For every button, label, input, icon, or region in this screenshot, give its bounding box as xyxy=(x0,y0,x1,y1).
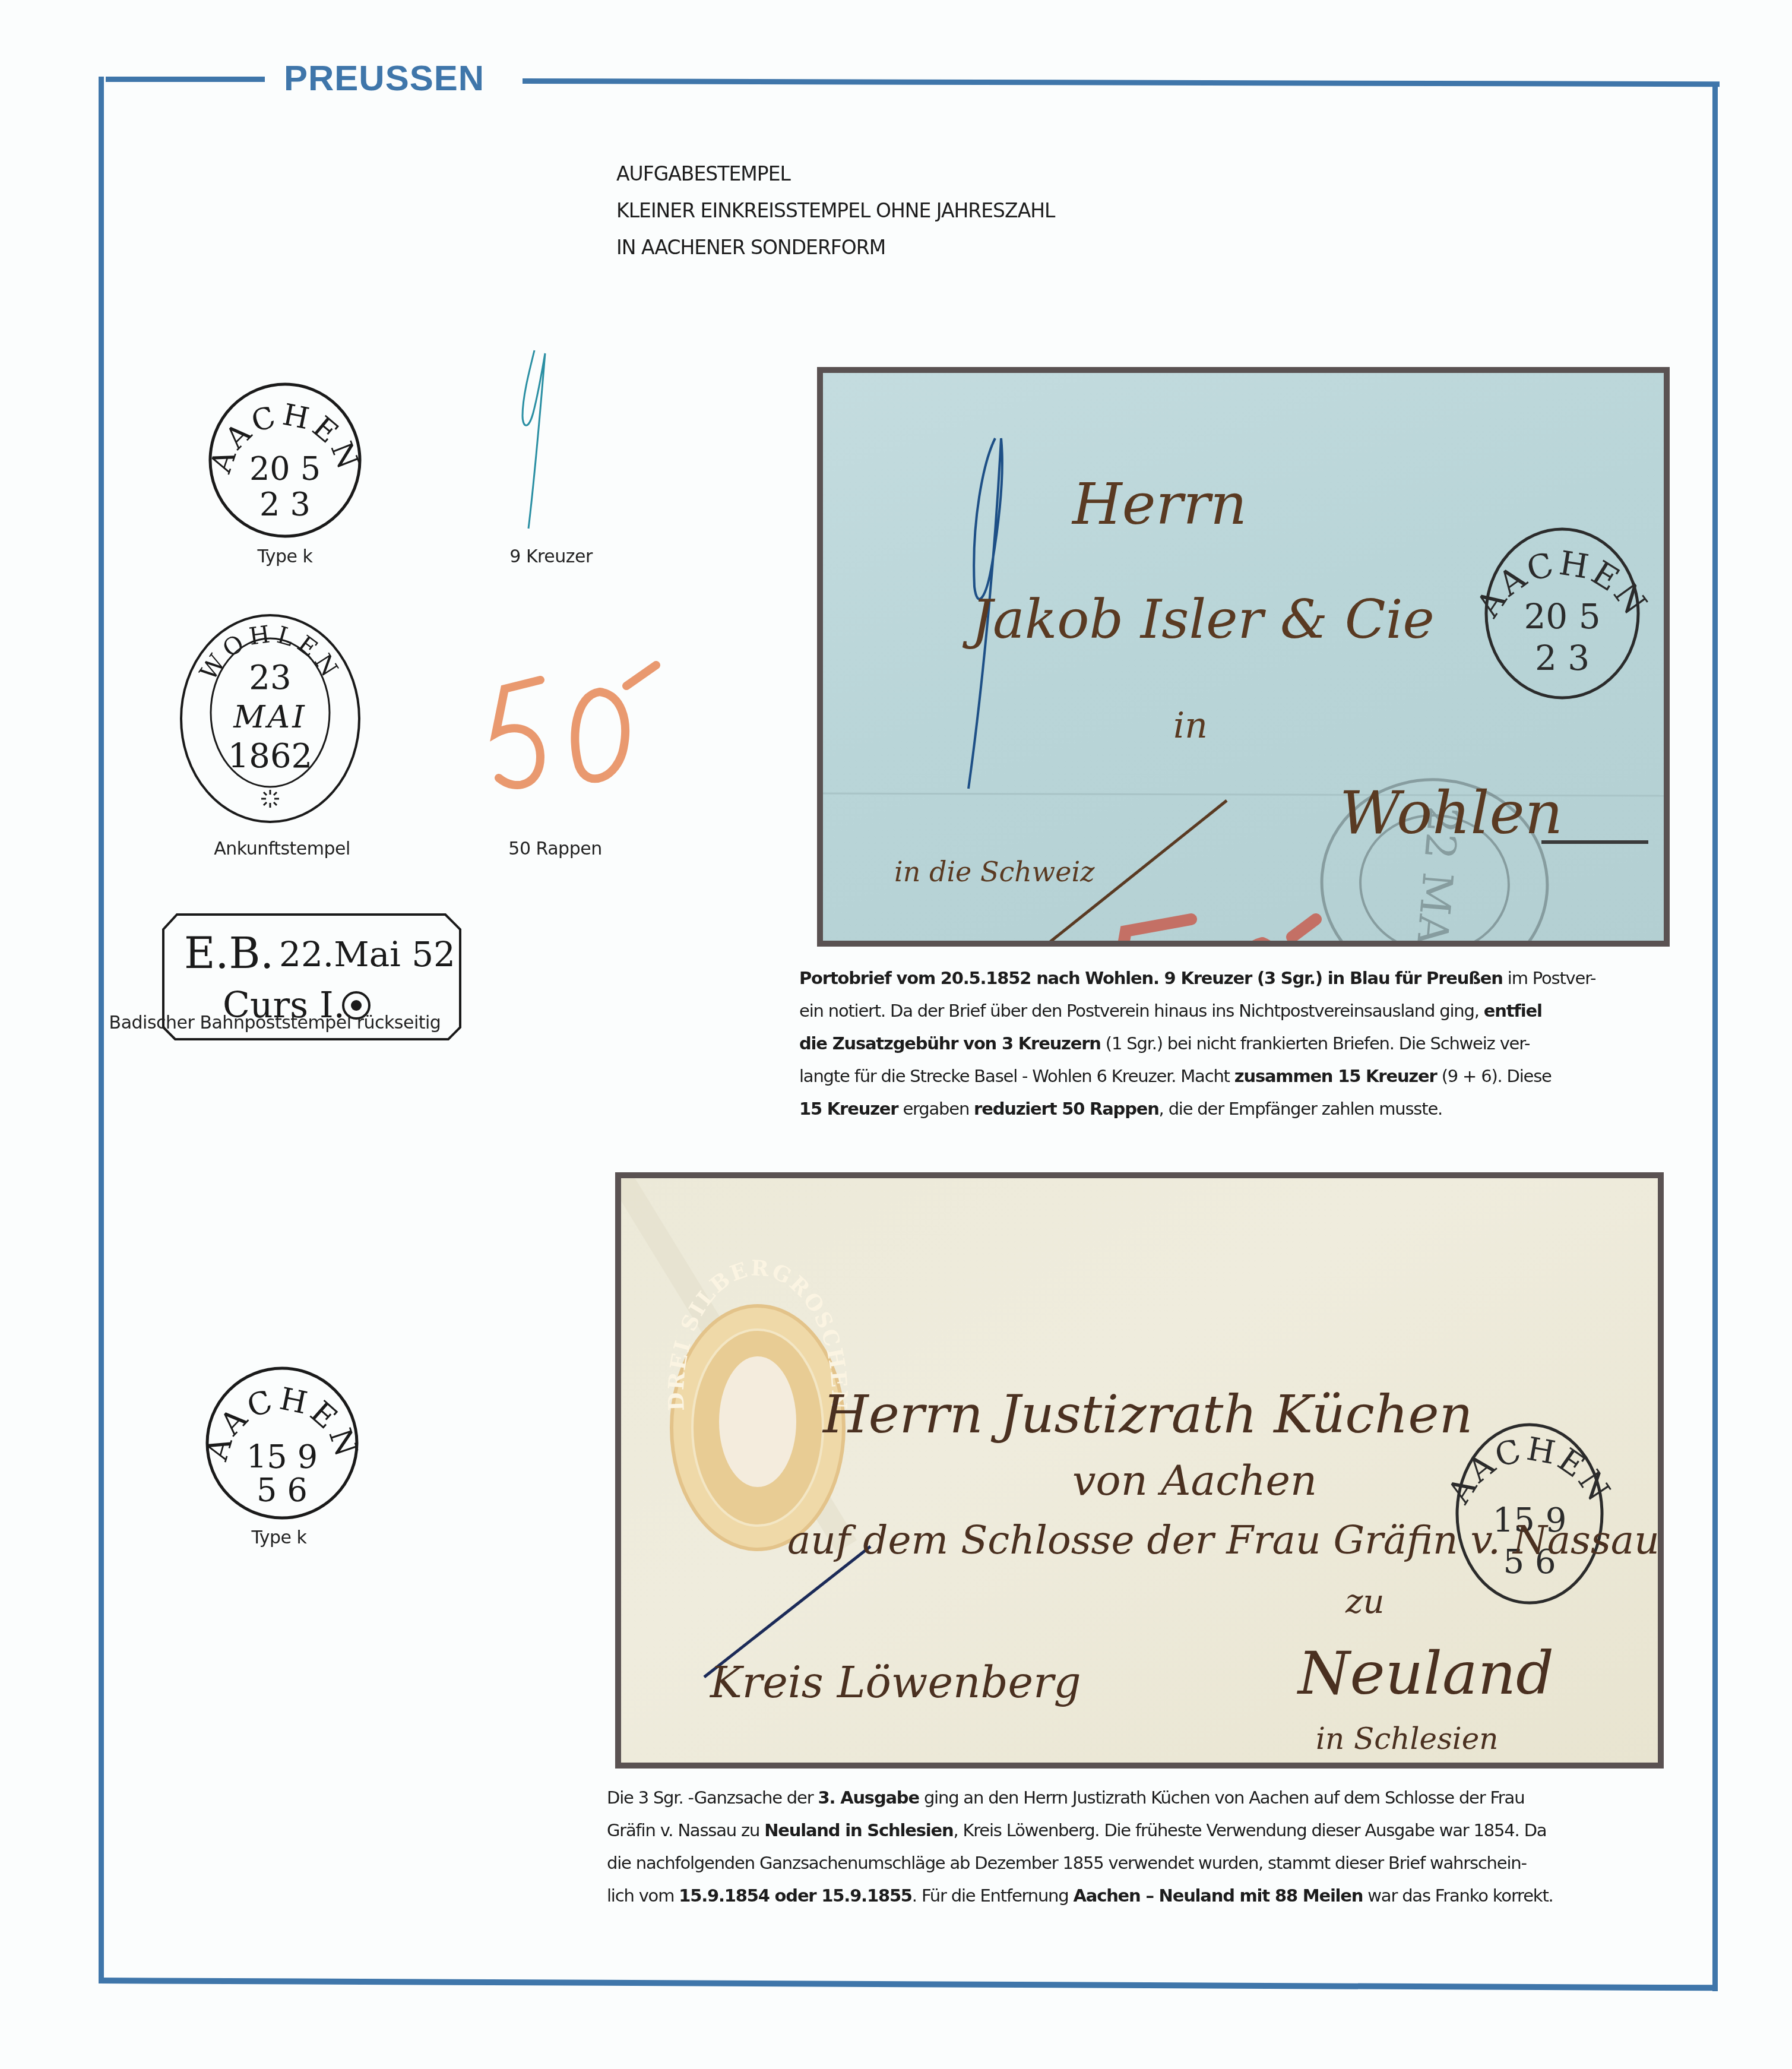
cover1-caption: Portobrief vom 20.5.1852 nach Wohlen. 9 … xyxy=(799,962,1660,1125)
caption-line: die nachfolgenden Ganzsachenumschläge ab… xyxy=(607,1847,1676,1880)
kreuzer-label: 9 Kreuzer xyxy=(509,546,592,567)
bahnpost-label: Badischer Bahnpoststempel rückseitig xyxy=(109,1013,441,1033)
svg-text:in Schlesien: in Schlesien xyxy=(1316,1722,1499,1756)
svg-text:zu: zu xyxy=(1345,1583,1385,1621)
caption-line: Die 3 Sgr. -Ganzsache der 3. Ausgabe gin… xyxy=(607,1782,1676,1814)
aachen-type-label-2: Type k xyxy=(252,1527,307,1548)
svg-text:20 5: 20 5 xyxy=(1524,596,1600,637)
caption-line: Gräfin v. Nassau zu Neuland in Schlesien… xyxy=(607,1814,1676,1847)
frame-right xyxy=(1712,85,1718,1991)
caption-line: die Zusatzgebühr von 3 Kreuzern (1 Sgr.)… xyxy=(799,1027,1660,1060)
caption-line: ein notiert. Da der Brief über den Postv… xyxy=(799,995,1660,1027)
svg-text:in die Schweiz: in die Schweiz xyxy=(894,856,1095,888)
frame-top-left xyxy=(106,77,265,82)
aachen-cds: AACHEN 20 5 2 3 xyxy=(1468,529,1655,698)
svg-text:15 9: 15 9 xyxy=(246,1438,318,1476)
aachen-postmark-illustration-2: AACHEN 15 9 5 6 xyxy=(205,1366,359,1520)
svg-text:von Aachen: von Aachen xyxy=(1072,1456,1317,1505)
svg-text:1862: 1862 xyxy=(228,737,313,776)
rappen-label: 50 Rappen xyxy=(508,839,601,859)
svg-text:5 6: 5 6 xyxy=(257,1472,308,1509)
aachen-postmark-illustration: AACHEN 20 5 2 3 xyxy=(208,380,362,540)
cover-portobrief-image: AACHEN 20 5 2 3 22 MAI Herrn Jakob Isler… xyxy=(817,367,1670,947)
frame-left xyxy=(99,77,104,1983)
svg-text:Wohlen: Wohlen xyxy=(1340,778,1563,847)
svg-text:E.B.: E.B. xyxy=(184,928,274,978)
caption-line: langte für die Strecke Basel - Wohlen 6 … xyxy=(799,1060,1660,1093)
king-profile-icon xyxy=(719,1356,796,1487)
frame-top-right xyxy=(523,78,1720,87)
svg-text:20 5: 20 5 xyxy=(249,450,321,488)
aachen-cds-2: AACHEN 15 9 5 6 xyxy=(1440,1425,1619,1603)
svg-text:22.Mai 52: 22.Mai 52 xyxy=(279,934,455,975)
svg-text:23: 23 xyxy=(249,659,291,697)
svg-text:Herrn: Herrn xyxy=(1071,471,1247,537)
frame-bottom xyxy=(99,1978,1718,1991)
svg-text:Jakob Isler & Cie: Jakob Isler & Cie xyxy=(962,589,1435,651)
red-50-handwriting xyxy=(1108,919,1316,941)
page-title: PREUSSEN xyxy=(284,55,485,102)
svg-text:Neuland: Neuland xyxy=(1297,1638,1554,1708)
svg-text:auf dem Schlosse der Frau Gräf: auf dem Schlosse der Frau Gräfin v. Nass… xyxy=(787,1517,1658,1563)
heading-line: KLEINER EINKREISSTEMPEL OHNE JAHRESZAHL xyxy=(616,192,1055,229)
ankunft-label: Ankunftstempel xyxy=(214,839,350,859)
heading-line: AUFGABESTEMPEL xyxy=(616,156,1055,192)
section-heading: AUFGABESTEMPEL KLEINER EINKREISSTEMPEL O… xyxy=(616,156,1055,266)
svg-text:2 3: 2 3 xyxy=(259,486,311,523)
wohlen-postmark-illustration: WOHLEN 23 MAI 1862 xyxy=(178,612,362,825)
svg-text:MAI: MAI xyxy=(233,700,306,735)
red-50-mark-icon xyxy=(475,659,677,808)
svg-text:in: in xyxy=(1173,705,1208,746)
cover-ganzsache-image: DREI SILBERGROSCHEN AACHEN 15 9 5 6 Herr… xyxy=(615,1172,1664,1769)
heading-line: IN AACHENER SONDERFORM xyxy=(616,229,1055,266)
star-ornament-icon xyxy=(261,790,279,808)
svg-text:Herrn Justizrath Küchen: Herrn Justizrath Küchen xyxy=(822,1384,1473,1445)
aachen-type-label: Type k xyxy=(258,546,313,567)
blue-9-mark-icon xyxy=(511,338,576,540)
svg-text:2 3: 2 3 xyxy=(1535,638,1590,678)
caption-line: lich vom 15.9.1854 oder 15.9.1855. Für d… xyxy=(607,1880,1676,1912)
caption-line: 15 Kreuzer ergaben reduziert 50 Rappen, … xyxy=(799,1093,1660,1125)
cover2-caption: Die 3 Sgr. -Ganzsache der 3. Ausgabe gin… xyxy=(607,1782,1676,1912)
svg-text:Kreis Löwenberg: Kreis Löwenberg xyxy=(709,1657,1081,1707)
caption-line: Portobrief vom 20.5.1852 nach Wohlen. 9 … xyxy=(799,962,1660,995)
